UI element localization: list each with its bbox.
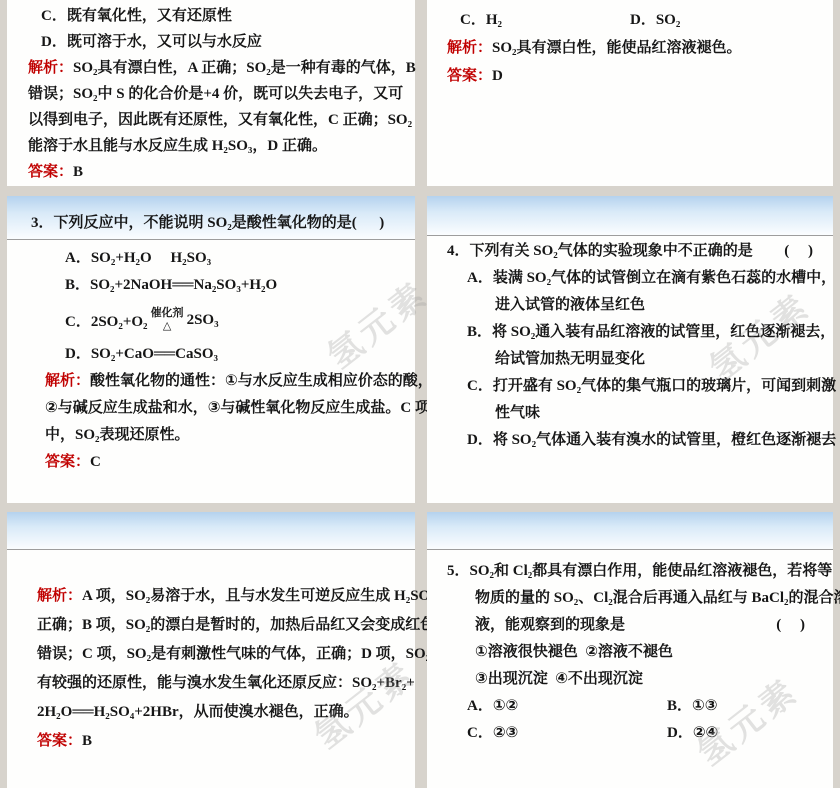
slide-panel-2: C．H₂D．SO₂ 解析：SO₂具有漂白性，能使品红溶液褪色。 答案：D [427,0,833,186]
option-c: C．2SO₂+O₂催化剂△2SO₃ [65,299,407,341]
option-c: C．打开盛有 SO₂气体的集气瓶口的玻璃片，可闻到刺激 [467,373,813,400]
answer-line: 答案：C [45,449,407,476]
answer-blank-parens: ( ) [784,238,813,265]
options-row: C．H₂D．SO₂ [447,6,823,34]
option-a: A．SO₂+H₂O H₂SO₃ [65,245,407,272]
answer-blank-parens: ( ) [776,612,805,639]
question-line: 液，能观察到的现象是( ) [475,612,805,639]
question-title: 3．下列反应中，不能说明 SO₂是酸性氧化物的是( ) [31,210,384,237]
slide-header [7,512,415,550]
choice-items-34: ③出现沉淀 ④不出现沉淀 [475,666,805,693]
option-d: D．既可溶于水，又可以与水反应 [41,29,405,55]
analysis-line: 2H₂O══H₂SO₄+2HBr，从而使溴水褪色，正确。 [37,698,405,727]
analysis-line: 错误；SO₂中 S 的化合价是+4 价，既可以失去电子，又可 [28,81,405,107]
options-row: C．②③D．②④ [467,720,805,747]
analysis-label: 解析： [45,373,90,389]
analysis-line: 有较强的还原性，能与溴水发生氧化还原反应：SO₂+Br₂+ [37,669,405,698]
answer-label: 答案： [28,164,73,180]
analysis-line: 解析：SO₂具有漂白性，能使品红溶液褪色。 [447,34,823,62]
option-b-wrap: 给试管加热无明显变化 [495,346,813,373]
slide-panel-6: 解析：A 项，SO₂易溶于水，且与水发生可逆反应生成 H₂SO₃， 正确；B 项… [7,512,415,788]
question-title: 4．下列有关 SO₂气体的实验现象中不正确的是( ) [447,238,813,265]
answer-label: 答案： [37,733,82,749]
slide-sorter-page: { "colors": { "page_bg": "#d7d3cc", "pan… [0,0,840,788]
choice-items-12: ①溶液很快褪色 ②溶液不褪色 [475,639,805,666]
answer-line: 答案：B [37,727,405,756]
option-d: D．SO₂ [630,12,680,28]
slide-header [427,512,833,550]
analysis-line: ②与碱反应生成盐和水，③与碱性氧化物反应生成盐。C 项 [45,395,407,422]
option-b: B．SO₂+2NaOH══Na₂SO₃+H₂O [65,272,407,299]
analysis-line: 以得到电子，因此既有还原性，又有氧化性，C 正确；SO₂ [28,107,405,133]
option-a: A．装满 SO₂气体的试管倒立在滴有紫色石蕊的水槽中， [467,265,813,292]
analysis-line: 正确；B 项，SO₂的漂白是暂时的，加热后品红又会变成红色， [37,611,405,640]
answer-label: 答案： [447,68,492,84]
analysis-label: 解析： [37,588,82,604]
slide-panel-1: C．既有氧化性，又有还原性 D．既可溶于水，又可以与水反应 解析：SO₂具有漂白… [7,0,415,186]
option-d: D．SO₂+CaO══CaSO₃ [65,341,407,368]
analysis-line: 解析：A 项，SO₂易溶于水，且与水发生可逆反应生成 H₂SO₃， [37,582,405,611]
option-a: A．①② [467,693,667,720]
option-c: C．既有氧化性，又有还原性 [41,3,405,29]
slide-panel-4: 4．下列有关 SO₂气体的实验现象中不正确的是( ) A．装满 SO₂气体的试管… [427,196,833,503]
option-a-wrap: 进入试管的液体呈红色 [495,292,813,319]
option-b: B．①③ [667,698,717,714]
slide-header: 3．下列反应中，不能说明 SO₂是酸性氧化物的是( ) [7,196,415,240]
option-c: C．②③ [467,720,667,747]
question-line: 物质的量的 SO₂、Cl₂混合后再通入品红与 BaCl₂的混合溶 [475,585,805,612]
analysis-label: 解析： [447,40,492,56]
analysis-line: 解析：酸性氧化物的通性：①与水反应生成相应价态的酸， [45,368,407,395]
option-d: D．②④ [667,725,718,741]
analysis-line: 解析：SO₂具有漂白性，A 正确；SO₂是一种有毒的气体，B [28,55,405,81]
option-d: D．将 SO₂气体通入装有溴水的试管里，橙红色逐渐褪去 [467,427,813,454]
analysis-line: 错误；C 项，SO₂是有刺激性气味的气体，正确；D 项，SO₂ [37,640,405,669]
answer-line: 答案：D [447,62,823,90]
slide-header [427,196,833,236]
analysis-label: 解析： [28,60,73,76]
slide-panel-3: 3．下列反应中，不能说明 SO₂是酸性氧化物的是( ) A．SO₂+H₂O H₂… [7,196,415,503]
answer-line: 答案：B [28,159,405,185]
question-title: 5．SO₂和 Cl₂都具有漂白作用，能使品红溶液褪色，若将等 [447,558,805,585]
analysis-line: 中，SO₂表现还原性。 [45,422,407,449]
slide-panel-5: 5．SO₂和 Cl₂都具有漂白作用，能使品红溶液褪色，若将等 物质的量的 SO₂… [427,512,833,788]
reaction-condition: 催化剂△ [151,307,184,333]
analysis-line: 能溶于水且能与水反应生成 H₂SO₃，D 正确。 [28,133,405,159]
options-row: A．①②B．①③ [467,693,805,720]
option-c: C．H₂ [460,6,630,34]
answer-label: 答案： [45,454,90,470]
option-c-wrap: 性气味 [495,400,813,427]
option-b: B．将 SO₂通入装有品红溶液的试管里，红色逐渐褪去， [467,319,813,346]
